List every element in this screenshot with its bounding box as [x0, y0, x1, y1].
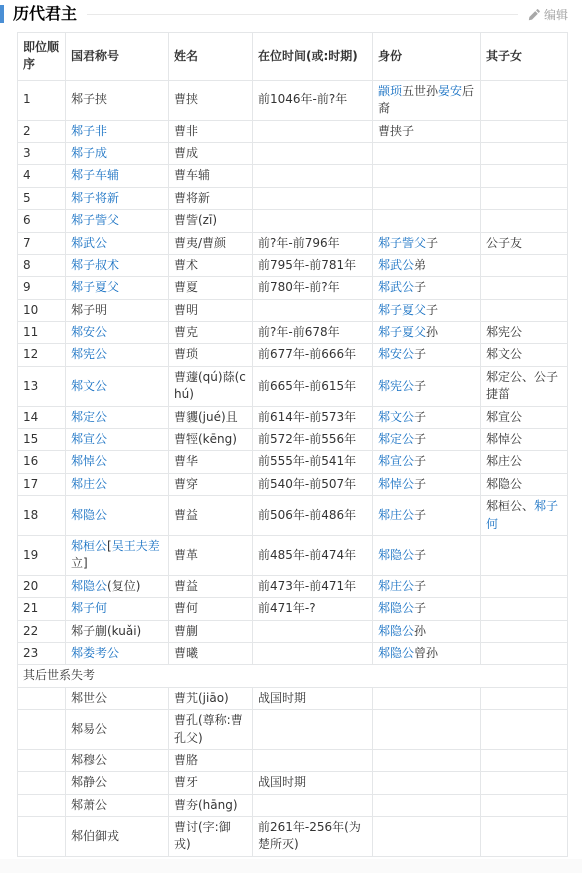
identity-cell: 邾武公子	[373, 277, 481, 299]
name-cell: 曹明	[169, 299, 253, 321]
text-segment: 邾悼公	[486, 432, 522, 446]
ruler-title-cell: 邾子何	[66, 598, 169, 620]
name-cell: 曹讨(字:御戎)	[169, 817, 253, 857]
table-row: 17邾庄公曹穿前540年-前507年邾悼公子邾隐公	[18, 473, 568, 495]
wiki-link[interactable]: 邾子訾父	[378, 236, 426, 250]
reign-cell: 前?年-前678年	[253, 322, 373, 344]
text-segment: 孙	[426, 325, 438, 339]
section-label: 其后世系失考	[18, 665, 568, 687]
ruler-title-cell: 邾宪公	[66, 344, 169, 366]
order-cell: 15	[18, 429, 66, 451]
children-cell	[481, 210, 568, 232]
ruler-title-cell: 邾隐公	[66, 496, 169, 536]
children-cell	[481, 535, 568, 575]
order-cell: 6	[18, 210, 66, 232]
name-cell: 曹曦	[169, 642, 253, 664]
table-row: 22邾子蒯(kuǎi)曹蒯邾隐公孙	[18, 620, 568, 642]
wiki-link[interactable]: 邾子夏父	[71, 280, 119, 294]
text-segment: 子	[414, 379, 426, 393]
children-cell	[481, 598, 568, 620]
text-segment: 邾穆公	[71, 753, 107, 767]
wiki-link[interactable]: 邾文公	[71, 379, 107, 393]
children-cell	[481, 687, 568, 709]
wiki-link[interactable]: 邾安公	[71, 325, 107, 339]
table-row: 邾静公曹牙战国时期	[18, 772, 568, 794]
identity-cell: 邾隐公子	[373, 535, 481, 575]
children-cell	[481, 794, 568, 816]
wiki-link[interactable]: 邾隐公	[71, 508, 107, 522]
children-cell	[481, 254, 568, 276]
order-cell	[18, 794, 66, 816]
reign-cell: 前506年-前486年	[253, 496, 373, 536]
page-footer-strip	[0, 859, 582, 873]
reign-cell: 前614年-前573年	[253, 406, 373, 428]
name-cell: 曹夷/曹颜	[169, 232, 253, 254]
text-segment: 弟	[414, 258, 426, 272]
identity-cell	[373, 749, 481, 771]
name-cell: 曹夏	[169, 277, 253, 299]
wiki-link[interactable]: 吴王夫差	[112, 539, 160, 553]
name-cell: 曹穿	[169, 473, 253, 495]
identity-cell: 邾悼公子	[373, 473, 481, 495]
text-segment: 子	[426, 303, 438, 317]
order-cell: 17	[18, 473, 66, 495]
text-segment: 子	[414, 508, 426, 522]
table-row: 5邾子将新曹将新	[18, 187, 568, 209]
reign-cell	[253, 120, 373, 142]
identity-cell: 邾定公子	[373, 429, 481, 451]
reign-cell	[253, 187, 373, 209]
text-segment: 邾萧公	[71, 798, 107, 812]
wiki-link[interactable]: 邾定公	[378, 432, 414, 446]
wiki-link[interactable]: 邾宣公	[71, 432, 107, 446]
children-cell	[481, 772, 568, 794]
wiki-link[interactable]: 颛顼	[378, 84, 402, 98]
order-cell: 16	[18, 451, 66, 473]
identity-cell: 邾庄公子	[373, 575, 481, 597]
table-row: 21邾子何曹何前471年-?邾隐公子	[18, 598, 568, 620]
table-row: 邾伯御戎曹讨(字:御戎)前261年-256年(为楚所灭)	[18, 817, 568, 857]
ruler-title-cell: 邾武公	[66, 232, 169, 254]
wiki-link[interactable]: 邾悼公	[71, 454, 107, 468]
children-cell: 邾隐公	[481, 473, 568, 495]
wiki-link[interactable]: 邾庄公	[71, 477, 107, 491]
identity-cell: 邾庄公子	[373, 496, 481, 536]
text-segment: 邾静公	[71, 775, 107, 789]
children-cell	[481, 299, 568, 321]
order-cell: 7	[18, 232, 66, 254]
text-segment: 子	[414, 477, 426, 491]
table-row: 9邾子夏父曹夏前780年-前?年邾武公子	[18, 277, 568, 299]
order-cell: 11	[18, 322, 66, 344]
wiki-link[interactable]: 邾子何	[71, 601, 107, 615]
table-row: 19邾桓公[吴王夫差立]曹革前485年-前474年邾隐公子	[18, 535, 568, 575]
wiki-link[interactable]: 邾隐公	[378, 646, 414, 660]
order-cell	[18, 710, 66, 750]
wiki-link[interactable]: 邾子夏父	[378, 303, 426, 317]
ruler-title-cell: 邾子叔术	[66, 254, 169, 276]
reign-cell: 前485年-前474年	[253, 535, 373, 575]
reign-cell	[253, 642, 373, 664]
wiki-link[interactable]: 邾子将新	[71, 191, 119, 205]
reign-cell: 前540年-前507年	[253, 473, 373, 495]
column-header-6: 其子女	[481, 33, 568, 81]
order-cell	[18, 749, 66, 771]
children-cell	[481, 817, 568, 857]
table-row: 20邾隐公(复位)曹益前473年-前471年邾庄公子	[18, 575, 568, 597]
table-body: 1邾子挟曹挟前1046年-前?年颛顼五世孙晏安后裔2邾子非曹非曹挟子3邾子成曹成…	[18, 80, 568, 856]
reign-cell	[253, 210, 373, 232]
identity-cell: 邾子夏父孙	[373, 322, 481, 344]
ruler-title-cell: 邾易公	[66, 710, 169, 750]
table-row: 15邾宣公曹牼(kēng)前572年-前556年邾定公子邾悼公	[18, 429, 568, 451]
table-row: 4邾子车辅曹车辅	[18, 165, 568, 187]
wiki-link[interactable]: 邾隐公	[378, 624, 414, 638]
children-cell: 邾桓公、邾子何	[481, 496, 568, 536]
order-cell: 8	[18, 254, 66, 276]
table-row: 11邾安公曹克前?年-前678年邾子夏父孙邾宪公	[18, 322, 568, 344]
text-segment: 公子友	[486, 236, 522, 250]
wiki-link[interactable]: 邾娄考公	[71, 646, 119, 660]
identity-cell: 邾子訾父子	[373, 232, 481, 254]
order-cell: 20	[18, 575, 66, 597]
name-cell: 曹车辅	[169, 165, 253, 187]
ruler-title-cell: 邾子挟	[66, 80, 169, 120]
children-cell	[481, 80, 568, 120]
identity-cell: 邾文公子	[373, 406, 481, 428]
identity-cell	[373, 710, 481, 750]
order-cell: 18	[18, 496, 66, 536]
text-segment: 邾宪公	[486, 325, 522, 339]
reign-cell	[253, 710, 373, 750]
reign-cell: 前?年-前796年	[253, 232, 373, 254]
name-cell: 曹术	[169, 254, 253, 276]
ruler-title-cell: 邾桓公[吴王夫差立]	[66, 535, 169, 575]
order-cell: 4	[18, 165, 66, 187]
order-cell: 23	[18, 642, 66, 664]
identity-cell: 邾子夏父子	[373, 299, 481, 321]
column-header-5: 身份	[373, 33, 481, 81]
identity-cell: 邾宪公子	[373, 366, 481, 406]
identity-cell	[373, 794, 481, 816]
identity-cell: 邾隐公孙	[373, 620, 481, 642]
wiki-link[interactable]: 邾武公	[71, 236, 107, 250]
reign-cell: 前780年-前?年	[253, 277, 373, 299]
ruler-title-cell: 邾子蒯(kuǎi)	[66, 620, 169, 642]
children-cell: 邾宣公	[481, 406, 568, 428]
text-segment: 子	[414, 454, 426, 468]
table-row: 6邾子訾父曹訾(zī)	[18, 210, 568, 232]
name-cell: 曹益	[169, 496, 253, 536]
table-row: 邾世公曹艽(jiāo)战国时期	[18, 687, 568, 709]
children-cell	[481, 187, 568, 209]
wiki-link[interactable]: 晏安	[438, 84, 462, 98]
order-cell: 10	[18, 299, 66, 321]
ruler-title-cell: 邾子将新	[66, 187, 169, 209]
name-cell: 曹革	[169, 535, 253, 575]
wiki-link[interactable]: 邾庄公	[378, 579, 414, 593]
table-row: 8邾子叔术曹术前795年-前781年邾武公弟	[18, 254, 568, 276]
table-row: 3邾子成曹成	[18, 142, 568, 164]
ruler-title-cell: 邾娄考公	[66, 642, 169, 664]
name-cell: 曹夯(hāng)	[169, 794, 253, 816]
wiki-link[interactable]: 邾子非	[71, 124, 107, 138]
ruler-title-cell: 邾穆公	[66, 749, 169, 771]
wiki-link[interactable]: 邾子叔术	[71, 258, 119, 272]
identity-cell	[373, 210, 481, 232]
ruler-title-cell: 邾庄公	[66, 473, 169, 495]
text-segment: 邾子明	[71, 303, 107, 317]
children-cell: 邾庄公	[481, 451, 568, 473]
text-segment: 子	[414, 548, 426, 562]
name-cell: 曹华	[169, 451, 253, 473]
name-cell: 曹胳	[169, 749, 253, 771]
section-divider-row: 其后世系失考	[18, 665, 568, 687]
reign-cell	[253, 142, 373, 164]
wiki-link[interactable]: 邾宪公	[378, 379, 414, 393]
children-cell: 邾悼公	[481, 429, 568, 451]
reign-cell	[253, 299, 373, 321]
ruler-title-cell: 邾文公	[66, 366, 169, 406]
identity-cell	[373, 772, 481, 794]
identity-cell: 邾隐公子	[373, 598, 481, 620]
order-cell	[18, 687, 66, 709]
text-segment: 邾易公	[71, 722, 107, 736]
reign-cell	[253, 749, 373, 771]
identity-cell: 曹挟子	[373, 120, 481, 142]
wiki-link[interactable]: 邾宪公	[71, 347, 107, 361]
identity-cell	[373, 817, 481, 857]
text-segment: 曹挟子	[378, 124, 414, 138]
text-segment: 邾文公	[486, 347, 522, 361]
text-segment: 子	[426, 236, 438, 250]
table-row: 1邾子挟曹挟前1046年-前?年颛顼五世孙晏安后裔	[18, 80, 568, 120]
identity-cell: 颛顼五世孙晏安后裔	[373, 80, 481, 120]
order-cell	[18, 772, 66, 794]
table-row: 10邾子明曹明邾子夏父子	[18, 299, 568, 321]
children-cell: 邾定公、公子捷菑	[481, 366, 568, 406]
reign-cell: 战国时期	[253, 687, 373, 709]
text-segment: 子	[414, 410, 426, 424]
ruler-title-cell: 邾子夏父	[66, 277, 169, 299]
children-cell	[481, 120, 568, 142]
wiki-link[interactable]: 邾桓公	[71, 539, 107, 553]
table-row: 16邾悼公曹华前555年-前541年邾宣公子邾庄公	[18, 451, 568, 473]
page-title: 历代君主	[13, 3, 77, 25]
name-cell: 曹琐	[169, 344, 253, 366]
reign-cell: 战国时期	[253, 772, 373, 794]
ruler-title-cell: 邾子明	[66, 299, 169, 321]
children-cell: 邾宪公	[481, 322, 568, 344]
order-cell: 19	[18, 535, 66, 575]
ruler-title-cell: 邾世公	[66, 687, 169, 709]
name-cell: 曹克	[169, 322, 253, 344]
title-divider	[87, 14, 518, 15]
section-heading: 历代君主 编辑	[0, 0, 582, 28]
children-cell	[481, 165, 568, 187]
text-segment: 邾隐公	[486, 477, 522, 491]
text-segment: 邾定公、公子捷菑	[486, 370, 558, 401]
text-segment: 子	[414, 601, 426, 615]
wiki-link[interactable]: 邾宣公	[378, 454, 414, 468]
text-segment: 邾桓公、	[486, 499, 534, 513]
wiki-link[interactable]: 邾隐公	[378, 601, 414, 615]
ruler-title-cell: 邾子非	[66, 120, 169, 142]
reign-cell: 前261年-256年(为楚所灭)	[253, 817, 373, 857]
name-cell: 曹牙	[169, 772, 253, 794]
column-header-1: 即位顺序	[18, 33, 66, 81]
table-row: 23邾娄考公曹曦邾隐公曾孙	[18, 642, 568, 664]
identity-cell: 邾安公子	[373, 344, 481, 366]
reign-cell	[253, 620, 373, 642]
children-cell	[481, 710, 568, 750]
ruler-title-cell: 邾安公	[66, 322, 169, 344]
name-cell: 曹非	[169, 120, 253, 142]
reign-cell	[253, 165, 373, 187]
wiki-link[interactable]: 邾子成	[71, 146, 107, 160]
order-cell: 21	[18, 598, 66, 620]
name-cell: 曹益	[169, 575, 253, 597]
name-cell: 曹孔(尊称:曹孔父)	[169, 710, 253, 750]
wiki-link[interactable]: 邾隐公	[378, 548, 414, 562]
children-cell	[481, 142, 568, 164]
identity-cell	[373, 142, 481, 164]
reign-cell: 前471年-?	[253, 598, 373, 620]
table-row: 邾易公曹孔(尊称:曹孔父)	[18, 710, 568, 750]
table-row: 13邾文公曹蘧(qú)蒢(chú)前665年-前615年邾宪公子邾定公、公子捷菑	[18, 366, 568, 406]
name-cell: 曹牼(kēng)	[169, 429, 253, 451]
table-row: 18邾隐公曹益前506年-前486年邾庄公子邾桓公、邾子何	[18, 496, 568, 536]
order-cell: 22	[18, 620, 66, 642]
name-cell: 曹貜(jué)且	[169, 406, 253, 428]
text-segment: 邾庄公	[486, 454, 522, 468]
reign-cell: 前473年-前471年	[253, 575, 373, 597]
order-cell: 2	[18, 120, 66, 142]
order-cell: 5	[18, 187, 66, 209]
table-row: 12邾宪公曹琐前677年-前666年邾安公子邾文公	[18, 344, 568, 366]
order-cell: 1	[18, 80, 66, 120]
text-segment: 立]	[71, 556, 88, 570]
text-segment: 孙	[414, 624, 426, 638]
ruler-title-cell: 邾子訾父	[66, 210, 169, 232]
text-segment: 子	[414, 579, 426, 593]
table-row: 2邾子非曹非曹挟子	[18, 120, 568, 142]
name-cell: 曹挟	[169, 80, 253, 120]
column-header-2: 国君称号	[66, 33, 169, 81]
ruler-title-cell: 邾伯御戎	[66, 817, 169, 857]
wiki-link[interactable]: 邾子夏父	[378, 325, 426, 339]
reign-cell: 前665年-前615年	[253, 366, 373, 406]
reign-cell: 前795年-前781年	[253, 254, 373, 276]
edit-label: 编辑	[544, 6, 568, 23]
ruler-title-cell: 邾子成	[66, 142, 169, 164]
identity-cell	[373, 187, 481, 209]
order-cell: 13	[18, 366, 66, 406]
wiki-link[interactable]: 邾子訾父	[71, 213, 119, 227]
text-segment: 邾伯御戎	[71, 829, 119, 843]
header-row: 即位顺序国君称号姓名在位时间(或:时期)身份其子女	[18, 33, 568, 81]
name-cell: 曹何	[169, 598, 253, 620]
children-cell: 邾文公	[481, 344, 568, 366]
name-cell: 曹蒯	[169, 620, 253, 642]
wiki-link[interactable]: 邾子车辅	[71, 168, 119, 182]
wiki-link[interactable]: 邾文公	[378, 410, 414, 424]
text-segment: 子	[414, 280, 426, 294]
wiki-link[interactable]: 邾悼公	[378, 477, 414, 491]
text-segment: 邾子蒯(kuǎi)	[71, 624, 141, 638]
reign-cell: 前572年-前556年	[253, 429, 373, 451]
text-segment: (复位)	[107, 579, 140, 593]
identity-cell: 邾武公弟	[373, 254, 481, 276]
ruler-title-cell: 邾萧公	[66, 794, 169, 816]
children-cell: 公子友	[481, 232, 568, 254]
name-cell: 曹訾(zī)	[169, 210, 253, 232]
ruler-title-cell: 邾子车辅	[66, 165, 169, 187]
name-cell: 曹将新	[169, 187, 253, 209]
name-cell: 曹艽(jiāo)	[169, 687, 253, 709]
reign-cell: 前677年-前666年	[253, 344, 373, 366]
name-cell: 曹蘧(qú)蒢(chú)	[169, 366, 253, 406]
name-cell: 曹成	[169, 142, 253, 164]
wiki-link[interactable]: 邾定公	[71, 410, 107, 424]
column-header-4: 在位时间(或:时期)	[253, 33, 373, 81]
identity-cell: 邾隐公曾孙	[373, 642, 481, 664]
children-cell	[481, 277, 568, 299]
wiki-link[interactable]: 邾武公	[378, 280, 414, 294]
children-cell	[481, 749, 568, 771]
edit-button[interactable]: 编辑	[528, 6, 568, 23]
ruler-title-cell: 邾宣公	[66, 429, 169, 451]
identity-cell	[373, 165, 481, 187]
identity-cell	[373, 687, 481, 709]
order-cell: 9	[18, 277, 66, 299]
table-header: 即位顺序国君称号姓名在位时间(或:时期)身份其子女	[18, 33, 568, 81]
ruler-title-cell: 邾隐公(复位)	[66, 575, 169, 597]
pencil-icon	[528, 8, 541, 21]
wiki-link[interactable]: 邾庄公	[378, 508, 414, 522]
column-header-3: 姓名	[169, 33, 253, 81]
monarchs-table: 即位顺序国君称号姓名在位时间(或:时期)身份其子女 1邾子挟曹挟前1046年-前…	[17, 32, 568, 857]
table-row: 7邾武公曹夷/曹颜前?年-前796年邾子訾父子公子友	[18, 232, 568, 254]
table-row: 邾穆公曹胳	[18, 749, 568, 771]
ruler-title-cell: 邾悼公	[66, 451, 169, 473]
reign-cell	[253, 794, 373, 816]
text-segment: 曾孙	[414, 646, 438, 660]
order-cell: 14	[18, 406, 66, 428]
table-row: 邾萧公曹夯(hāng)	[18, 794, 568, 816]
table-container: 即位顺序国君称号姓名在位时间(或:时期)身份其子女 1邾子挟曹挟前1046年-前…	[0, 28, 582, 857]
ruler-title-cell: 邾定公	[66, 406, 169, 428]
text-segment: 邾世公	[71, 691, 107, 705]
reign-cell: 前1046年-前?年	[253, 80, 373, 120]
reign-cell: 前555年-前541年	[253, 451, 373, 473]
table-row: 14邾定公曹貜(jué)且前614年-前573年邾文公子邾宣公	[18, 406, 568, 428]
ruler-title-cell: 邾静公	[66, 772, 169, 794]
text-segment: 子	[414, 347, 426, 361]
wiki-link[interactable]: 邾隐公	[71, 579, 107, 593]
text-segment: 邾子挟	[71, 92, 107, 106]
wiki-link[interactable]: 邾安公	[378, 347, 414, 361]
wiki-link[interactable]: 邾武公	[378, 258, 414, 272]
order-cell: 3	[18, 142, 66, 164]
text-segment: 邾宣公	[486, 410, 522, 424]
order-cell: 12	[18, 344, 66, 366]
children-cell	[481, 575, 568, 597]
text-segment: 子	[414, 432, 426, 446]
title-accent-bar	[0, 5, 4, 23]
children-cell	[481, 620, 568, 642]
text-segment: 五世孙	[402, 84, 438, 98]
